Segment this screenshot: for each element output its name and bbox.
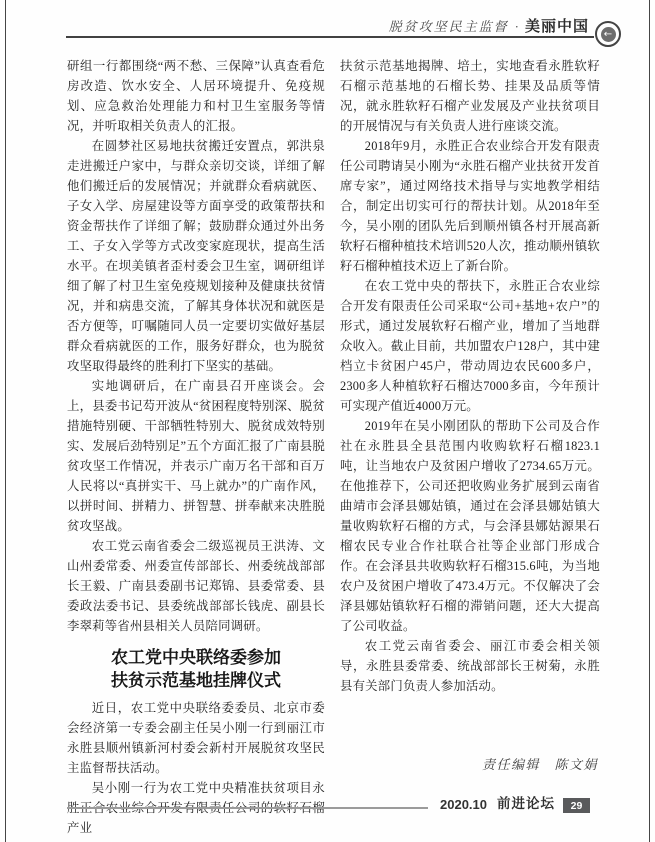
magazine-page: 脱贫攻坚民主监督 · 美丽中国 ← 研组一行都围绕“两不愁、三保障”认真查看危房… [0, 0, 655, 842]
footer-issue-date: 2020.10 [440, 797, 487, 812]
article-paragraph: 2018年9月，永胜正合农业综合开发有限责任公司聘请吴小刚为“永胜石榴产业扶贫开… [340, 136, 600, 276]
article-paragraph: 研组一行都围绕“两不愁、三保障”认真查看危房改造、饮水安全、人居环境提升、免疫规… [67, 56, 325, 136]
column-right: 扶贫示范基地揭牌、培土，实地查看永胜软籽石榴示范基地的石榴长势、挂果及品质等情况… [340, 56, 600, 696]
header-brand: 美丽中国 [525, 15, 589, 36]
right-page-rule [649, 0, 650, 842]
article-paragraph: 2019年在吴小刚团队的帮助下公司及合作社在永胜县全县范围内收购软籽石榴1823… [340, 416, 600, 636]
back-arrow-circle-icon: ← [595, 21, 621, 47]
header-rule [66, 36, 594, 38]
page-header: 脱贫攻坚民主监督 · 美丽中国 [389, 15, 589, 36]
article-paragraph: 在农工党中央的帮扶下，永胜正合农业综合开发有限责任公司采取“公司+基地+农户”的… [340, 276, 600, 416]
article-paragraph: 近日，农工党中央联络委委员、北京市委会经济第一专委会副主任吴小刚一行到丽江市永胜… [67, 698, 325, 778]
column-left: 研组一行都围绕“两不愁、三保障”认真查看危房改造、饮水安全、人居环境提升、免疫规… [67, 56, 325, 838]
header-tagline: 脱贫攻坚民主监督 [389, 16, 509, 35]
article-paragraph: 农工党云南省委会二级巡视员王洪涛、文山州委常委、州委宣传部部长、州委统战部部长王… [67, 536, 325, 636]
page-number-badge: 29 [563, 798, 590, 813]
back-arrow-glyph: ← [601, 27, 616, 42]
left-page-rule [5, 0, 6, 842]
article-paragraph: 农工党云南省委会、丽江市委会相关领导，永胜县委常委、统战部部长王树菊，永胜县有关… [340, 636, 600, 696]
article-paragraph: 实地调研后，在广南县召开座谈会。会上，县委书记芶开波从“贫困程度特别深、脱贫措施… [67, 376, 325, 536]
article-heading: 农工党中央联络委参加 扶贫示范基地挂牌仪式 [67, 646, 325, 692]
article-paragraph: 在圆梦社区易地扶贫搬迁安置点，郭洪泉走进搬迁户家中，与群众亲切交谈，详细了解他们… [67, 136, 325, 376]
header-separator-dot: · [515, 19, 519, 35]
editor-note: 责任编辑 陈文娟 [340, 754, 598, 773]
article-paragraph: 扶贫示范基地揭牌、培土，实地查看永胜软籽石榴示范基地的石榴长势、挂果及品质等情况… [340, 56, 600, 136]
footer-journal-name: 前进论坛 [497, 792, 555, 812]
page-footer: 2020.10 前进论坛 29 [67, 794, 590, 813]
footer-rule [67, 807, 428, 809]
